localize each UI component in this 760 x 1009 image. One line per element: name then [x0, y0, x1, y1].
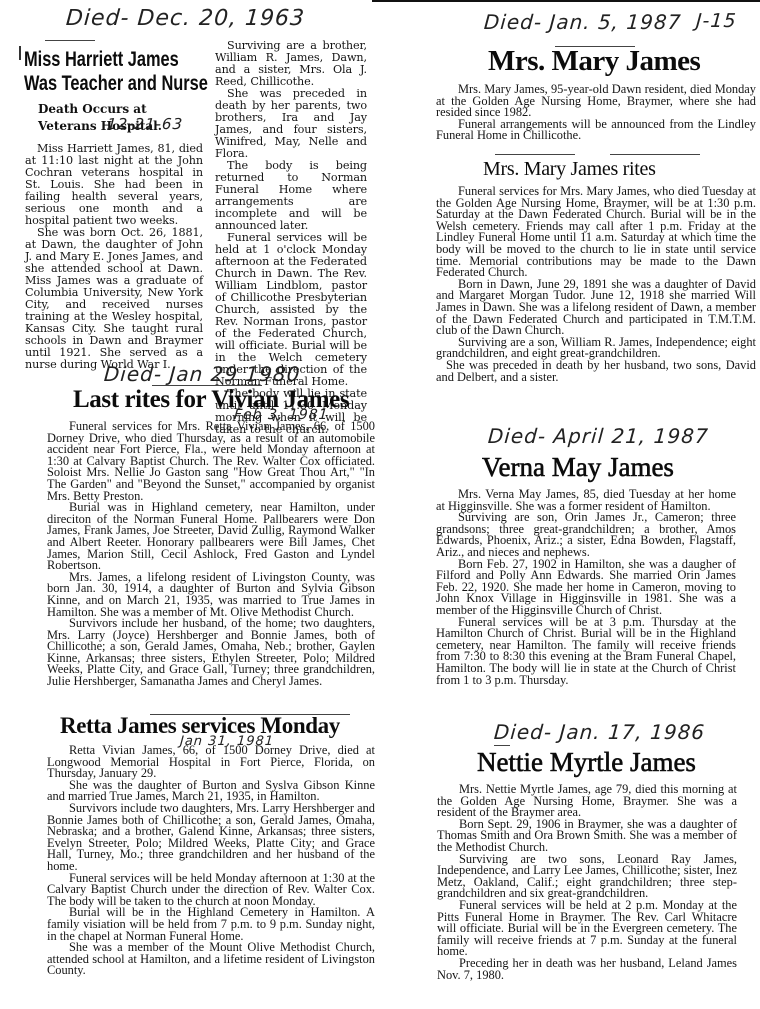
vivian-body: Funeral services for Mrs. Retta Vivian J… [47, 421, 375, 688]
handwritten-death-date: Died- Jan 29 1980 [103, 362, 301, 386]
paragraph: Funeral services for Mrs. Retta Vivian J… [47, 421, 375, 502]
paragraph: Funeral services will be held at 2 p.m. … [437, 900, 737, 958]
handwritten-death-date: Died- Jan. 17, 1986 [493, 720, 706, 744]
handwritten-death-date: Died- April 21, 1987 [487, 424, 709, 448]
paragraph: She was born Oct. 26, 1881, at Dawn, the… [25, 227, 203, 371]
paragraph: She was a member of the Mount Olive Meth… [47, 942, 375, 977]
paragraph: Funeral services will be at 3 p.m. Thurs… [436, 617, 736, 687]
paragraph: She was preceded in death by her husband… [436, 360, 756, 383]
handwritten-reference: J-15 [695, 10, 737, 32]
harriett-column-1: Miss Harriett James, 81, died at 11:10 l… [25, 143, 203, 371]
verna-body: Mrs. Verna May James, 85, died Tuesday a… [436, 489, 736, 686]
paragraph: Retta Vivian James, 66, of 1500 Dorney D… [47, 745, 375, 780]
headline: Nettie Myrtle James [477, 745, 696, 779]
paragraph: Mrs. James, a lifelong resident of Livin… [47, 572, 375, 618]
headline: Verna May James [482, 450, 674, 484]
paragraph: Born in Dawn, June 29, 1891 she was a da… [436, 279, 756, 337]
paragraph: Surviving are two sons, Leonard Ray Jame… [437, 854, 737, 900]
paragraph: Miss Harriett James, 81, died at 11:10 l… [25, 143, 203, 227]
paragraph: Funeral services will be held Monday aft… [47, 873, 375, 908]
scan-border-top [372, 0, 760, 2]
paragraph: She was preceded in death by her parents… [215, 88, 367, 160]
paragraph: Surviving are a brother, William R. Jame… [215, 40, 367, 88]
underline-rule [45, 40, 95, 41]
paragraph: Born Sept. 29, 1906 in Braymer, she was … [437, 819, 737, 854]
headline: Mrs. Mary James [488, 44, 700, 78]
section-rule [495, 154, 575, 155]
scan-edge-mark [19, 46, 21, 60]
handwritten-death-date: Died- Jan. 5, 1987 [483, 10, 682, 34]
paragraph: Preceding her in death was her husband, … [437, 958, 737, 981]
paragraph: Mrs. Verna May James, 85, died Tuesday a… [436, 489, 736, 512]
handwritten-publication-date: 12-21-63 [106, 115, 183, 133]
headline-line-1: Miss Harriett James [24, 48, 179, 72]
paragraph: Burial was in Highland cemetery, near Ha… [47, 502, 375, 572]
paragraph: Survivors include her husband, of the ho… [47, 618, 375, 688]
paragraph: Survivors include two daughters, Mrs. La… [47, 803, 375, 873]
mary-rites-body: Funeral services for Mrs. Mary James, wh… [436, 186, 756, 383]
paragraph: Born Feb. 27, 1902 in Hamilton, she was … [436, 559, 736, 617]
paragraph: Mrs. Mary James, 95-year-old Dawn reside… [436, 84, 756, 119]
paragraph: The body is being returned to Norman Fun… [215, 160, 367, 232]
headline-line-2: Was Teacher and Nurse [24, 72, 208, 96]
paragraph: Burial will be in the Highland Cemetery … [47, 907, 375, 942]
retta-body: Retta Vivian James, 66, of 1500 Dorney D… [47, 745, 375, 977]
section-rule [610, 154, 700, 155]
paragraph: Surviving are son, Orin James Jr., Camer… [436, 512, 736, 558]
paragraph: Mrs. Nettie Myrtle James, age 79, died t… [437, 784, 737, 819]
paragraph: She was the daughter of Burton and Syslv… [47, 780, 375, 803]
nettie-body: Mrs. Nettie Myrtle James, age 79, died t… [437, 784, 737, 981]
rites-headline: Mrs. Mary James rites [483, 157, 656, 181]
paragraph: Funeral services for Mrs. Mary James, wh… [436, 186, 756, 279]
mary-death-notice: Mrs. Mary James, 95-year-old Dawn reside… [436, 84, 756, 142]
handwritten-death-date: Died- Dec. 20, 1963 [65, 6, 306, 31]
paragraph: Funeral arrangements will be announced f… [436, 119, 756, 142]
paragraph: Surviving are a son, William R. James, I… [436, 337, 756, 360]
